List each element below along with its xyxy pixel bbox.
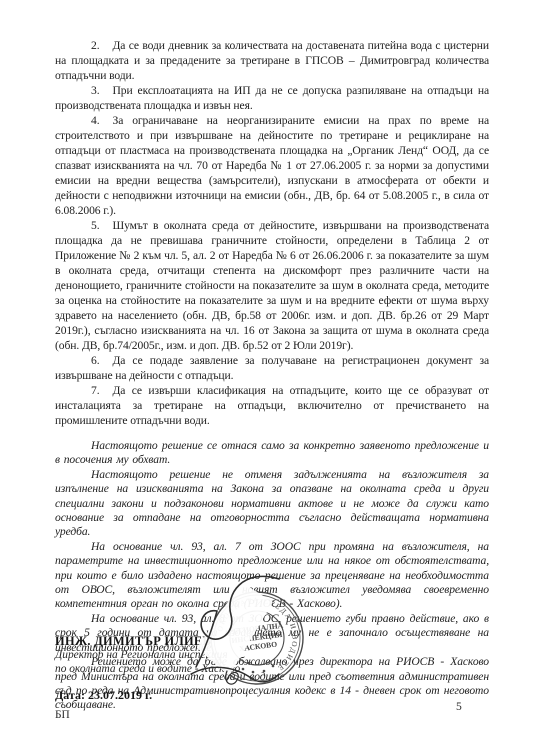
- list-item-text: За ограничаване на неорганизираните емис…: [55, 114, 489, 217]
- list-item-text: Да се подаде заявление за получаване на …: [55, 354, 489, 382]
- stamp-seal-icon: ОКОЛНАТА СРЕДА И ВОДИТЕ РЕГИОНАЛНА ИНСПЕ…: [183, 570, 331, 712]
- document-page: 2.Да се води дневник за количествата на …: [0, 0, 539, 750]
- list-item-text: При експлоатацията на ИП да не се допуск…: [55, 84, 489, 112]
- list-item-number: 4.: [91, 114, 100, 127]
- list-item-number: 6.: [91, 354, 100, 367]
- drafter-initials: БП: [55, 709, 70, 721]
- list-item: 2.Да се води дневник за количествата на …: [55, 38, 489, 83]
- list-item-text: Шумът в околната среда от дейностите, из…: [55, 219, 489, 352]
- date-line: Дата: 23.07.2019 г.: [55, 688, 152, 703]
- list-item-text: Да се води дневник за количествата на до…: [55, 39, 489, 82]
- list-item: 5.Шумът в околната среда от дейностите, …: [55, 218, 489, 353]
- legal-paragraph: Настоящото решение не отменя задълженият…: [55, 468, 489, 540]
- list-item: 7.Да се извърши класификация на отпадъци…: [55, 383, 489, 428]
- list-item: 3.При експлоатацията на ИП да не се допу…: [55, 83, 489, 113]
- stamp-dots: [242, 662, 275, 673]
- official-stamp: ОКОЛНАТА СРЕДА И ВОДИТЕ РЕГИОНАЛНА ИНСПЕ…: [183, 570, 331, 712]
- list-item: 4.За ограничаване на неорганизираните ем…: [55, 113, 489, 218]
- list-item-number: 5.: [91, 219, 100, 232]
- list-item-number: 3.: [91, 84, 100, 97]
- page-number: 5: [456, 700, 462, 713]
- list-item-text: Да се извърши класификация на отпадъците…: [55, 384, 489, 427]
- list-item-number: 7.: [91, 384, 100, 397]
- list-item-number: 2.: [91, 39, 100, 52]
- conditions-list: 2.Да се води дневник за количествата на …: [55, 38, 489, 428]
- list-item: 6.Да се подаде заявление за получаване н…: [55, 353, 489, 383]
- legal-paragraph: Настоящото решение се отнася само за кон…: [55, 439, 489, 468]
